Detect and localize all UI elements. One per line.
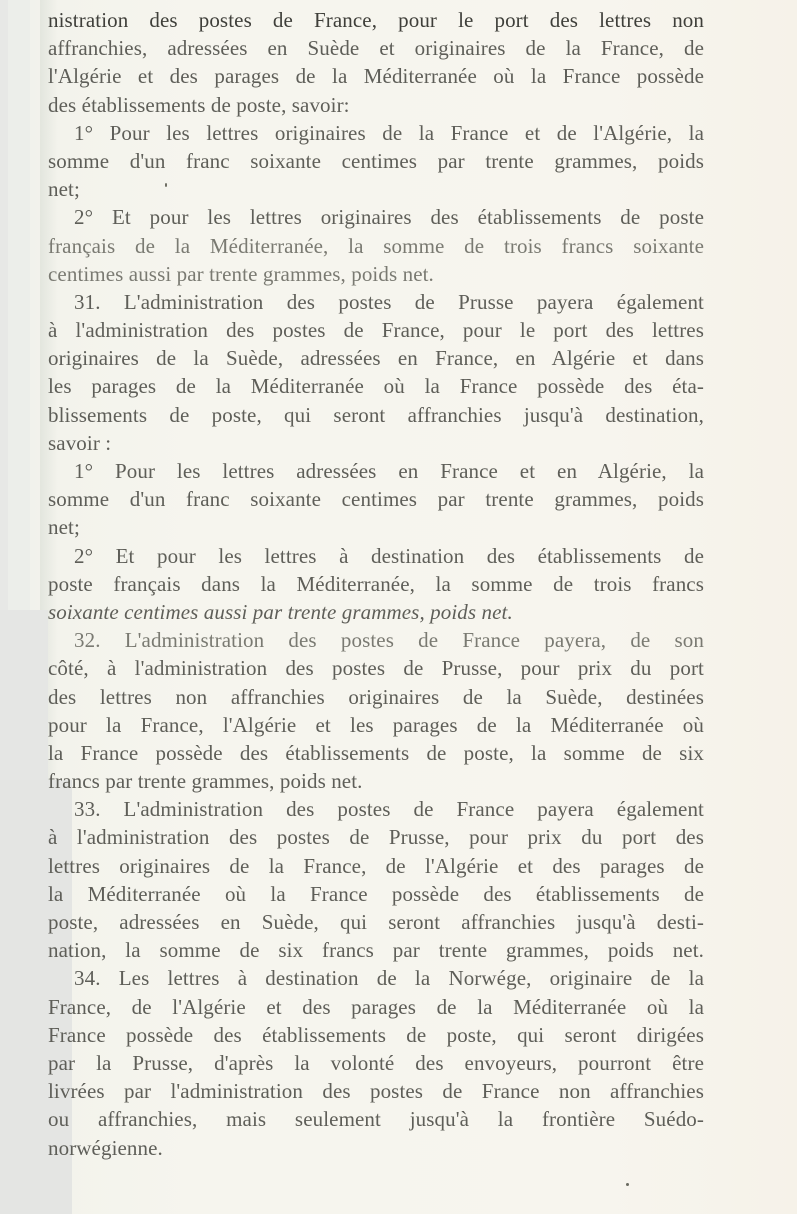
scanned-page: nistration des postes de France, pour le… (0, 0, 797, 1214)
paragraph-article-34: 34. Les lettres à destination de la Norw… (48, 964, 704, 1161)
text-line: la Méditerranée où la France possède des… (48, 880, 704, 908)
text-line: centimes aussi par trente grammes, poids… (48, 260, 704, 288)
text-line: les parages de la Méditerranée où la Fra… (48, 372, 704, 400)
paragraph-article-31-item-2: 2° Et pour les lettres à destination des… (48, 542, 704, 627)
text-line: 1° Pour les lettres adressées en France … (48, 457, 704, 485)
text-line: affranchies, adressées en Suède et origi… (48, 34, 704, 62)
paper-speck (165, 183, 167, 187)
text-line: norwégienne. (48, 1134, 704, 1162)
paragraph-article-31-item-1: 1° Pour les lettres adressées en France … (48, 457, 704, 542)
text-line: soixante centimes aussi par trente gramm… (48, 598, 704, 626)
paragraph-article-33: 33. L'administration des postes de Franc… (48, 795, 704, 964)
text-line: originaires de la Suède, adressées en Fr… (48, 344, 704, 372)
text-line: poste, adressées en Suède, qui seront af… (48, 908, 704, 936)
text-line: à l'administration des postes de France,… (48, 316, 704, 344)
text-line: 1° Pour les lettres originaires de la Fr… (48, 119, 704, 147)
text-line: des lettres non affranchies originaires … (48, 683, 704, 711)
text-line: à l'administration des postes de Prusse,… (48, 823, 704, 851)
paragraph-article-30-item-2: 2° Et pour les lettres originaires des é… (48, 203, 704, 288)
paragraph-article-30-item-1: 1° Pour les lettres originaires de la Fr… (48, 119, 704, 204)
text-line: côté, à l'administration des postes de P… (48, 654, 704, 682)
text-line: France, de l'Algérie et des parages de l… (48, 993, 704, 1021)
text-line: somme d'un franc soixante centimes par t… (48, 485, 704, 513)
text-line: pour la France, l'Algérie et les parages… (48, 711, 704, 739)
text-line: lettres originaires de la France, de l'A… (48, 852, 704, 880)
text-line: francs par trente grammes, poids net. (48, 767, 704, 795)
text-line: des établissements de poste, savoir: (48, 91, 704, 119)
text-line: l'Algérie et des parages de la Méditerra… (48, 62, 704, 90)
text-line: 32. L'administration des postes de Franc… (48, 626, 704, 654)
paragraph-article-31: 31. L'administration des postes de Pruss… (48, 288, 704, 457)
text-line: poste français dans la Méditerranée, la … (48, 570, 704, 598)
text-line: livrées par l'administration des postes … (48, 1077, 704, 1105)
text-line: net; (48, 175, 704, 203)
text-line: nistration des postes de France, pour le… (48, 6, 704, 34)
paragraph-article-32: 32. L'administration des postes de Franc… (48, 626, 704, 795)
text-line: la France possède des établissements de … (48, 739, 704, 767)
text-line: 2° Et pour les lettres originaires des é… (48, 203, 704, 231)
text-line: par la Prusse, d'après la volonté des en… (48, 1049, 704, 1077)
text-line: blissements de poste, qui seront affranc… (48, 401, 704, 429)
text-line: 2° Et pour les lettres à destination des… (48, 542, 704, 570)
paper-speck (626, 1183, 629, 1186)
text-line: français de la Méditerranée, la somme de… (48, 232, 704, 260)
text-line: 34. Les lettres à destination de la Norw… (48, 964, 704, 992)
text-line: 33. L'administration des postes de Franc… (48, 795, 704, 823)
text-line: 31. L'administration des postes de Pruss… (48, 288, 704, 316)
page-body-text: nistration des postes de France, pour le… (48, 6, 704, 1162)
text-line: ou affranchies, mais seulement jusqu'à l… (48, 1105, 704, 1133)
text-line: net; (48, 513, 704, 541)
text-line: savoir : (48, 429, 704, 457)
text-line: somme d'un franc soixante centimes par t… (48, 147, 704, 175)
text-line: nation, la somme de six francs par trent… (48, 936, 704, 964)
text-line: France possède des établissements de pos… (48, 1021, 704, 1049)
paragraph-continuation: nistration des postes de France, pour le… (48, 6, 704, 119)
